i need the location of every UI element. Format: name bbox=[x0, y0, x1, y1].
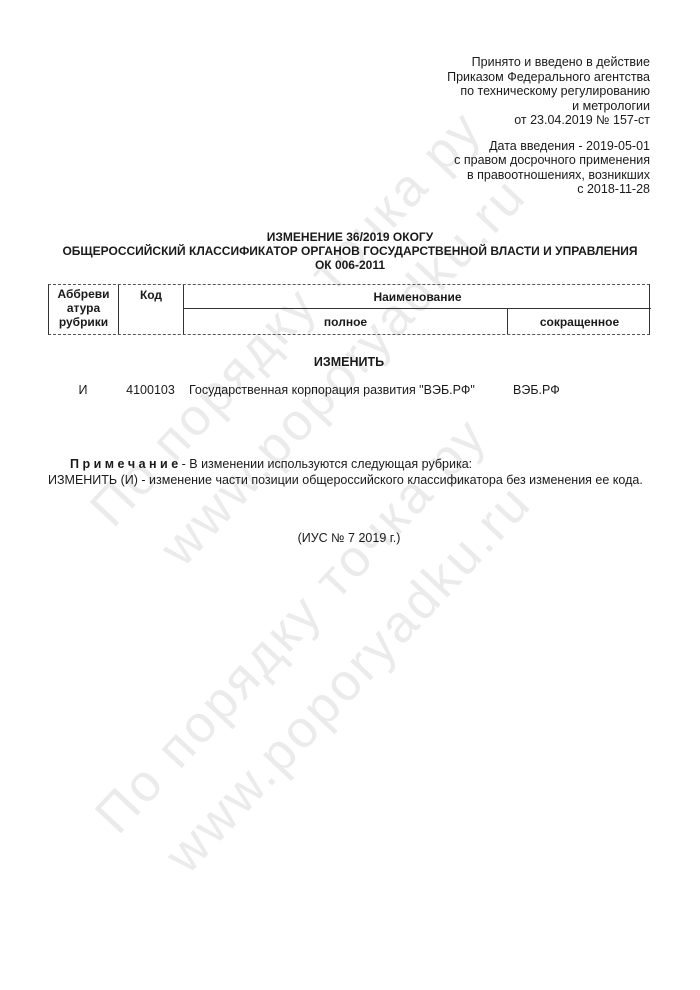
cell-code: 4100103 bbox=[118, 383, 183, 399]
note-block: П р и м е ч а н и е - В изменении исполь… bbox=[48, 457, 648, 488]
column-header-code: Код bbox=[119, 285, 184, 334]
title-line-amendment: ИЗМЕНЕНИЕ 36/2019 ОКОГУ bbox=[0, 230, 700, 244]
source-reference: (ИУС № 7 2019 г.) bbox=[48, 531, 650, 547]
adoption-block: Принято и введено в действие Приказом Фе… bbox=[447, 55, 650, 197]
note-label: П р и м е ч а н и е bbox=[70, 457, 178, 471]
section-heading: ИЗМЕНИТЬ bbox=[48, 355, 650, 371]
cell-rubric-abbr: И bbox=[48, 383, 118, 399]
note-intro-text: - В изменении используются следующая руб… bbox=[178, 457, 472, 471]
document-title: ИЗМЕНЕНИЕ 36/2019 ОКОГУ ОБЩЕРОССИЙСКИЙ К… bbox=[0, 230, 700, 272]
column-header-name: Наименование bbox=[184, 285, 651, 309]
title-line-classifier: ОБЩЕРОССИЙСКИЙ КЛАССИФИКАТОР ОРГАНОВ ГОС… bbox=[0, 244, 700, 258]
document-page: По порядку точка ру www.poporyadku.ru По… bbox=[0, 0, 700, 990]
adoption-text: Принято и введено в действие Приказом Фе… bbox=[447, 55, 650, 128]
note-body: ИЗМЕНИТЬ (И) - изменение части позиции о… bbox=[48, 473, 648, 489]
document-content: Принято и введено в действие Приказом Фе… bbox=[0, 0, 700, 990]
column-header-name-short: сокращенное bbox=[508, 309, 651, 334]
title-line-code: ОК 006-2011 bbox=[0, 258, 700, 272]
cell-name-short: ВЭБ.РФ bbox=[507, 383, 650, 399]
classifier-table-header: Аббреви атура рубрики Код Наименование п… bbox=[48, 284, 650, 335]
effective-date-text: Дата введения - 2019-05-01 с правом доср… bbox=[447, 139, 650, 197]
table-row: И 4100103 Государственная корпорация раз… bbox=[48, 383, 650, 399]
cell-name-full: Государственная корпорация развития "ВЭБ… bbox=[183, 383, 507, 399]
column-header-abbr: Аббреви атура рубрики bbox=[49, 285, 119, 334]
column-header-name-full: полное bbox=[184, 309, 508, 334]
note-paragraph: П р и м е ч а н и е - В изменении исполь… bbox=[48, 457, 648, 473]
